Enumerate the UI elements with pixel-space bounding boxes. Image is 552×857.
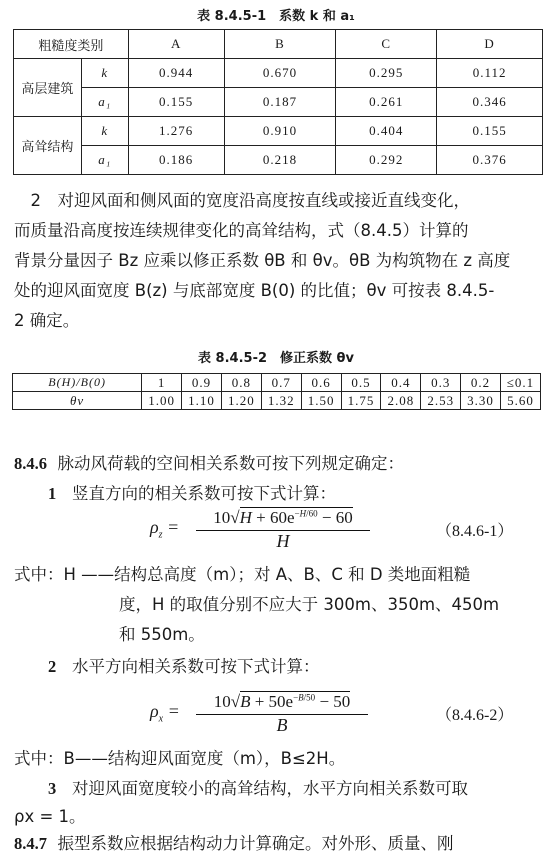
row-label-theta: θv xyxy=(13,392,142,410)
cell: 0.4 xyxy=(381,374,421,392)
cell: 2.08 xyxy=(381,392,421,410)
sym-a1: a₁ xyxy=(81,88,128,117)
sym-k: k xyxy=(81,59,128,88)
item-text: 竖直方向的相关系数可按下式计算： xyxy=(72,484,336,503)
cell: 0.6 xyxy=(301,374,341,392)
where-2: 式中：B——结构迎风面宽度（m），B≤2H。 xyxy=(14,744,540,774)
header-d: D xyxy=(437,30,543,59)
cell: 1.276 xyxy=(128,117,224,146)
cell: 0.261 xyxy=(336,88,437,117)
cell: 0.112 xyxy=(437,59,543,88)
eq2-number: （8.4.6-2） xyxy=(436,702,513,725)
sym-a1: a₁ xyxy=(81,146,128,175)
item-text: 水平方向相关系数可按下式计算： xyxy=(72,657,320,676)
text-line: 背景分量因子 Bz 应乘以修正系数 θB 和 θv。θB 为构筑物在 z 高度 xyxy=(14,246,540,276)
cell: 0.3 xyxy=(421,374,461,392)
table-k-a1: 粗糙度类别 A B C D 高层建筑 k 0.944 0.670 0.295 0… xyxy=(13,29,543,175)
header-a: A xyxy=(128,30,224,59)
cell: 0.187 xyxy=(224,88,336,117)
text-line: 式中：H ——结构总高度（m）；对 A、B、C 和 D 类地面粗糙 xyxy=(14,560,540,590)
section-846-heading: 8.4.6 脉动风荷载的空间相关系数可按下列规定确定： xyxy=(14,449,540,479)
cell: ≤0.1 xyxy=(500,374,540,392)
where-1: 式中：H ——结构总高度（m）；对 A、B、C 和 D 类地面粗糙 度，H 的取… xyxy=(14,560,540,650)
item-2: 2 水平方向相关系数可按下式计算： xyxy=(48,652,552,682)
item-3: 3 对迎风面宽度较小的高耸结构，水平方向相关系数可取 xyxy=(48,774,552,804)
item-3-cont: ρx = 1。 xyxy=(14,802,540,832)
text-line: 处的迎风面宽度 B(z) 与底部宽度 B(0) 的比值；θv 可按表 8.4.5… xyxy=(14,276,540,306)
cell: 0.5 xyxy=(341,374,381,392)
eq1-lhs: ρz = xyxy=(150,517,179,541)
cell: 0.186 xyxy=(128,146,224,175)
cell: 0.155 xyxy=(437,117,543,146)
eq2-numerator: 10√B + 50e−B/50 − 50 xyxy=(196,692,368,715)
section-number: 8.4.6 xyxy=(14,454,47,473)
cell: 0.155 xyxy=(128,88,224,117)
group-tower: 高耸结构 xyxy=(14,117,82,175)
item-number: 3 xyxy=(48,779,56,798)
header-b: B xyxy=(224,30,336,59)
table1-caption: 表 8.4.5-1 系数 k 和 a₁ xyxy=(0,5,552,24)
sym-k: k xyxy=(81,117,128,146)
cell: 0.8 xyxy=(221,374,261,392)
header-c: C xyxy=(336,30,437,59)
cell: 5.60 xyxy=(500,392,540,410)
item-1: 1 竖直方向的相关系数可按下式计算： xyxy=(48,479,552,509)
item-number: 1 xyxy=(48,484,56,503)
cell: 1.50 xyxy=(301,392,341,410)
eq1-number: （8.4.6-1） xyxy=(436,518,513,541)
section-847-heading: 8.4.7 振型系数应根据结构动力计算确定。对外形、质量、刚 xyxy=(14,829,540,857)
cell: 0.292 xyxy=(336,146,437,175)
cell: 0.670 xyxy=(224,59,336,88)
text-line: 2 对迎风面和侧风面的宽度沿高度按直线或接近直线变化， xyxy=(14,186,540,216)
section-number: 8.4.7 xyxy=(14,834,47,853)
section-text: 振型系数应根据结构动力计算确定。对外形、质量、刚 xyxy=(58,834,454,853)
cell: 3.30 xyxy=(461,392,501,410)
cell: 0.7 xyxy=(261,374,301,392)
group-highrise: 高层建筑 xyxy=(14,59,82,117)
item-number: 2 xyxy=(48,657,56,676)
table-theta-v: B(H)/B(0) 1 0.9 0.8 0.7 0.6 0.5 0.4 0.3 … xyxy=(12,373,541,410)
cell: 0.944 xyxy=(128,59,224,88)
text-line: 和 550m。 xyxy=(14,620,540,650)
text-line: 度，H 的取值分别不应大于 300m、350m、450m xyxy=(14,590,540,620)
cell: 1.75 xyxy=(341,392,381,410)
text-line: 2 确定。 xyxy=(14,306,540,336)
cell: 0.295 xyxy=(336,59,437,88)
cell: 0.218 xyxy=(224,146,336,175)
cell: 0.346 xyxy=(437,88,543,117)
row-label-ratio: B(H)/B(0) xyxy=(13,374,142,392)
item-text: 对迎风面宽度较小的高耸结构，水平方向相关系数可取 xyxy=(72,779,468,798)
cell: 1.00 xyxy=(142,392,182,410)
cell: 1.32 xyxy=(261,392,301,410)
cell: 1.20 xyxy=(221,392,261,410)
eq1-numerator: 10√H + 60e−H/60 − 60 xyxy=(196,508,370,531)
text-line: 而质量沿高度按连续规律变化的高耸结构，式（8.4.5）计算的 xyxy=(14,216,540,246)
cell: 0.376 xyxy=(437,146,543,175)
eq2-lhs: ρx = xyxy=(150,701,180,725)
section-text: 脉动风荷载的空间相关系数可按下列规定确定： xyxy=(58,454,405,473)
eq2-denominator: B xyxy=(196,715,368,736)
cell: 1.10 xyxy=(182,392,222,410)
paragraph-2: 2 对迎风面和侧风面的宽度沿高度按直线或接近直线变化， 而质量沿高度按连续规律变… xyxy=(14,186,540,336)
cell: 0.9 xyxy=(182,374,222,392)
cell: 0.910 xyxy=(224,117,336,146)
eq1-denominator: H xyxy=(196,531,370,552)
header-roughness: 粗糙度类别 xyxy=(14,30,129,59)
cell: 1 xyxy=(142,374,182,392)
cell: 2.53 xyxy=(421,392,461,410)
table2-caption: 表 8.4.5-2 修正系数 θv xyxy=(0,347,552,366)
cell: 0.2 xyxy=(461,374,501,392)
cell: 0.404 xyxy=(336,117,437,146)
